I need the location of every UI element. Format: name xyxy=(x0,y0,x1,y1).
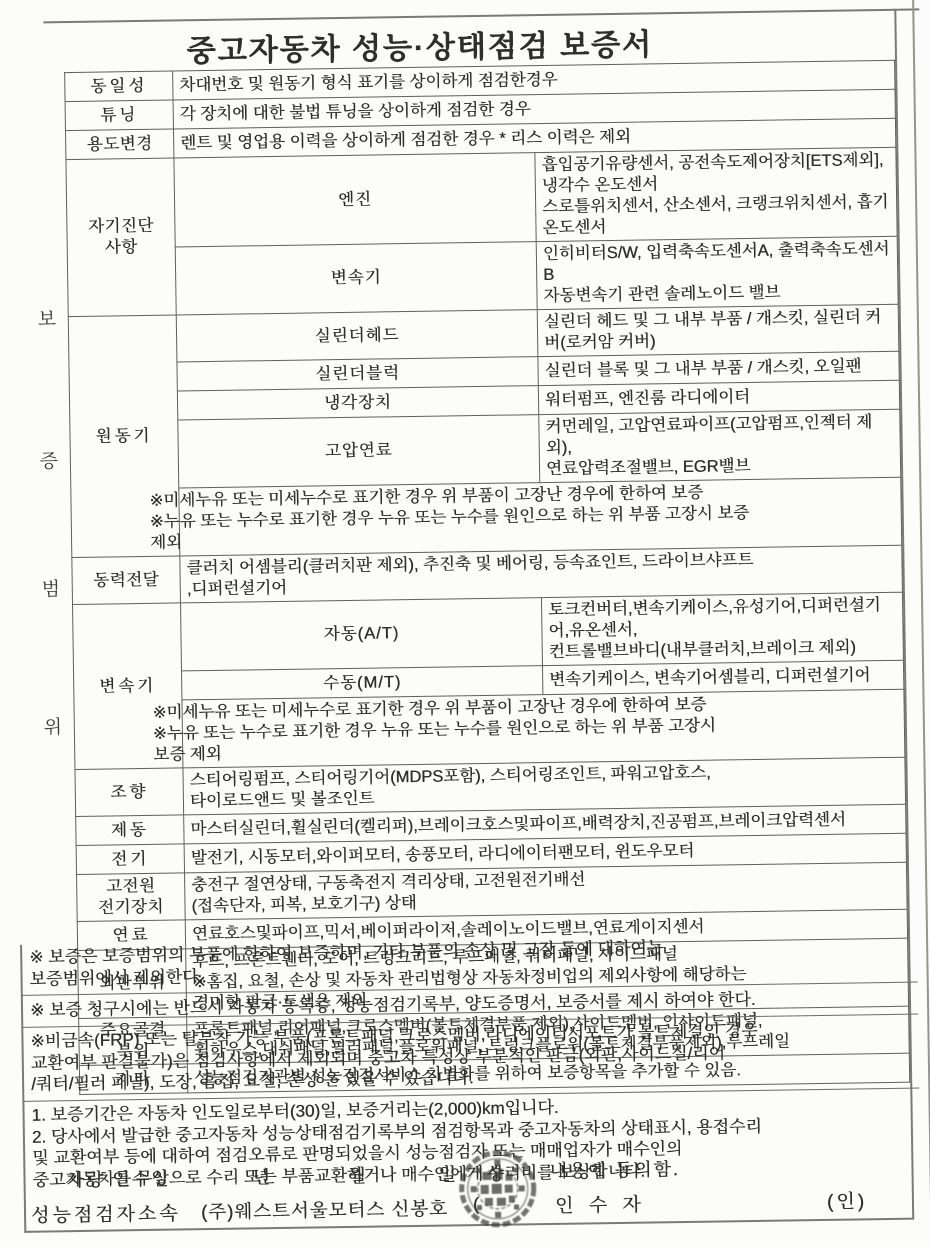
footnote-non-metal-parts: ※비금속(FRP) 또는 탈부착 가능 부품(프론트패널,크로스멤버,라디에이터… xyxy=(22,1014,919,1102)
receiver-seal-mark: (인) xyxy=(827,1186,867,1214)
document-page: 중고자동차 성능·상태점검 보증서 보 증 범 위 동일성 차대번호 및 원동기… xyxy=(0,0,930,1247)
category-high-voltage: 고전원 전기장치 xyxy=(77,873,186,922)
content-cylinder-head: 실린더 헤드 및 그 내부 부품 / 개스킷, 실린더 커버(로커암 커버) xyxy=(537,304,899,356)
scanned-warranty-document: 중고자동차 성능·상태점검 보증서 보 증 범 위 동일성 차대번호 및 원동기… xyxy=(0,0,930,1247)
subcategory-cylinder-head: 실린더헤드 xyxy=(176,310,538,362)
category-tuning: 튜닝 xyxy=(65,100,173,131)
company-seal-stamp xyxy=(456,1147,539,1230)
table-row: 고압연료 커먼레일, 고압연료파이프(고압펌프,인젝터 제외), 연료압력조절밸… xyxy=(70,409,901,489)
category-usage-change: 용도변경 xyxy=(65,129,173,160)
transmission-leak-note: ※미세누유 또는 미세누수로 표기한 경우 위 부품이 고장난 경우에 한하여 … xyxy=(182,689,905,768)
content-high-pressure-fuel: 커먼레일, 고압연료파이프(고압펌프,인젝터 제외), 연료압력조절밸브, EG… xyxy=(539,409,901,482)
subcategory-engine: 엔진 xyxy=(174,153,536,247)
warranty-scope-char-wi: 위 xyxy=(42,712,64,739)
content-transmission-sensors: 인히비터S/W, 입력축속도센서A, 출력축속도센서B 자동변속기 관련 솔레노… xyxy=(536,236,898,309)
warranty-scope-char-beom: 범 xyxy=(40,574,62,601)
warranty-scope-char-bo: 보 xyxy=(36,304,58,331)
category-identity: 동일성 xyxy=(65,71,173,102)
category-braking: 제동 xyxy=(76,815,184,846)
engine-leak-note: ※미세누유 또는 미세누수로 표기한 경우 위 부품이 고장난 경우에 한하여 … xyxy=(179,477,902,556)
category-electrical: 전기 xyxy=(76,844,184,875)
table-row: ※미세누유 또는 미세누수로 표기한 경우 위 부품이 고장난 경우에 한하여 … xyxy=(74,689,905,769)
year-label: 년 xyxy=(252,1163,270,1189)
receiver-label: 인 수 자 xyxy=(555,1190,646,1218)
day-label: 일 xyxy=(438,1160,456,1186)
inspector-company-name: (주)웨스트서울모터스 신봉호 xyxy=(201,1195,448,1225)
vehicle-delivery-date-label: 차량 인수일 xyxy=(66,1165,170,1193)
category-power-train: 동력전달 xyxy=(72,556,181,605)
content-automatic: 토크컨버터,변속기케이스,유성기어,디퍼런셜기어,유온센서, 컨트롤밸브바디(내… xyxy=(541,592,903,665)
agreement-text-end: 내용에 동의함. xyxy=(549,1155,680,1183)
table-row: 변속기 인히비터S/W, 입력축속도센서A, 출력축속도센서B 자동변속기 관련… xyxy=(67,236,898,316)
category-self-diagnosis: 자기진단 사항 xyxy=(66,158,176,317)
table-row: 자기진단 사항 엔진 흡입공기유량센서, 공전속도제어장치[ETS제외], 냉각… xyxy=(66,147,897,248)
warranty-scope-char-jeung: 증 xyxy=(38,446,60,473)
table-row: ※미세누유 또는 미세누수로 표기한 경우 위 부품이 고장난 경우에 한하여 … xyxy=(71,477,902,557)
table-row: 변속기 자동(A/T) 토크컨버터,변속기케이스,유성기어,디퍼런셜기어,유온센… xyxy=(73,592,904,672)
subcategory-transmission-diag: 변속기 xyxy=(175,242,537,315)
subcategory-high-pressure-fuel: 고압연료 xyxy=(178,415,540,488)
category-steering: 조향 xyxy=(75,768,184,817)
inspector-affiliation-label: 성능점검자소속 xyxy=(31,1199,181,1228)
subcategory-automatic: 자동(A/T) xyxy=(181,598,543,671)
month-label: 월 xyxy=(348,1162,366,1188)
content-engine-sensors: 흡입공기유량센서, 공전속도제어장치[ETS제외], 냉각수 온도센서 스로틀위… xyxy=(535,147,897,241)
